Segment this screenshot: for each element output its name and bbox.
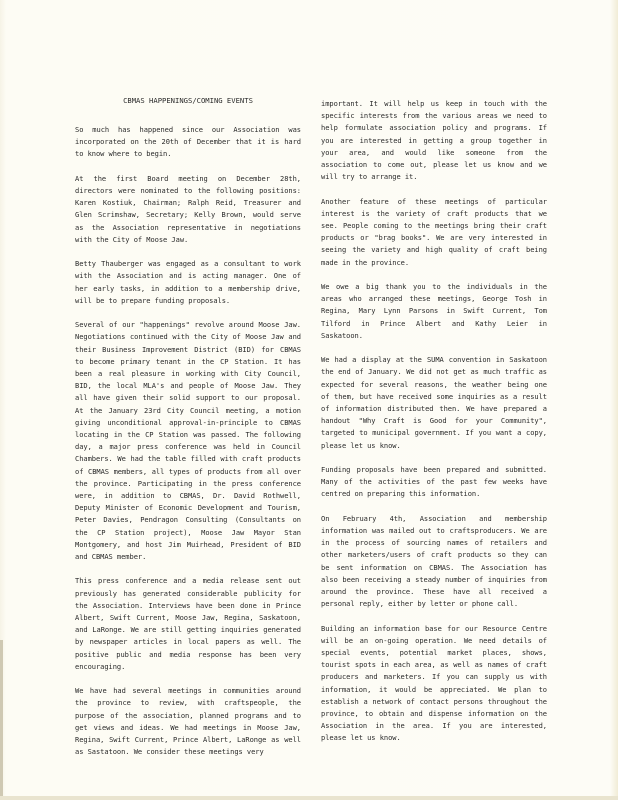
paragraph-board-meeting: At the first Board meeting on December 2…: [75, 173, 301, 246]
paragraph-moose-jaw: Several of our "happenings" revolve arou…: [75, 319, 301, 563]
paragraph-intro: So much has happened since our Associati…: [75, 124, 301, 161]
page-title: CBMAS HAPPENINGS/COMING EVENTS: [75, 96, 301, 105]
paragraph-resource-centre: Building an information base for our Res…: [321, 623, 547, 745]
paragraph-press-conference: This press conference and a media releas…: [75, 575, 301, 673]
scan-edge-shadow: [0, 640, 3, 796]
paragraph-consultant: Betty Thauberger was engaged as a consul…: [75, 258, 301, 307]
right-column: important. It will help us keep in touch…: [321, 98, 547, 757]
document-page: CBMAS HAPPENINGS/COMING EVENTS So much h…: [0, 0, 618, 800]
paragraph-craft-variety: Another feature of these meetings of par…: [321, 196, 547, 269]
paragraph-funding-proposals: Funding proposals have been prepared and…: [321, 464, 547, 501]
paragraph-membership-mailing: On February 4th, Association and members…: [321, 513, 547, 611]
scan-bottom-edge: [0, 796, 618, 800]
paragraph-community-meetings: We have had several meetings in communit…: [75, 685, 301, 758]
paragraph-thank-you: We owe a big thank you to the individual…: [321, 281, 547, 342]
paragraph-meetings-continued: important. It will help us keep in touch…: [321, 98, 547, 183]
paragraph-suma-display: We had a display at the SUMA convention …: [321, 354, 547, 452]
